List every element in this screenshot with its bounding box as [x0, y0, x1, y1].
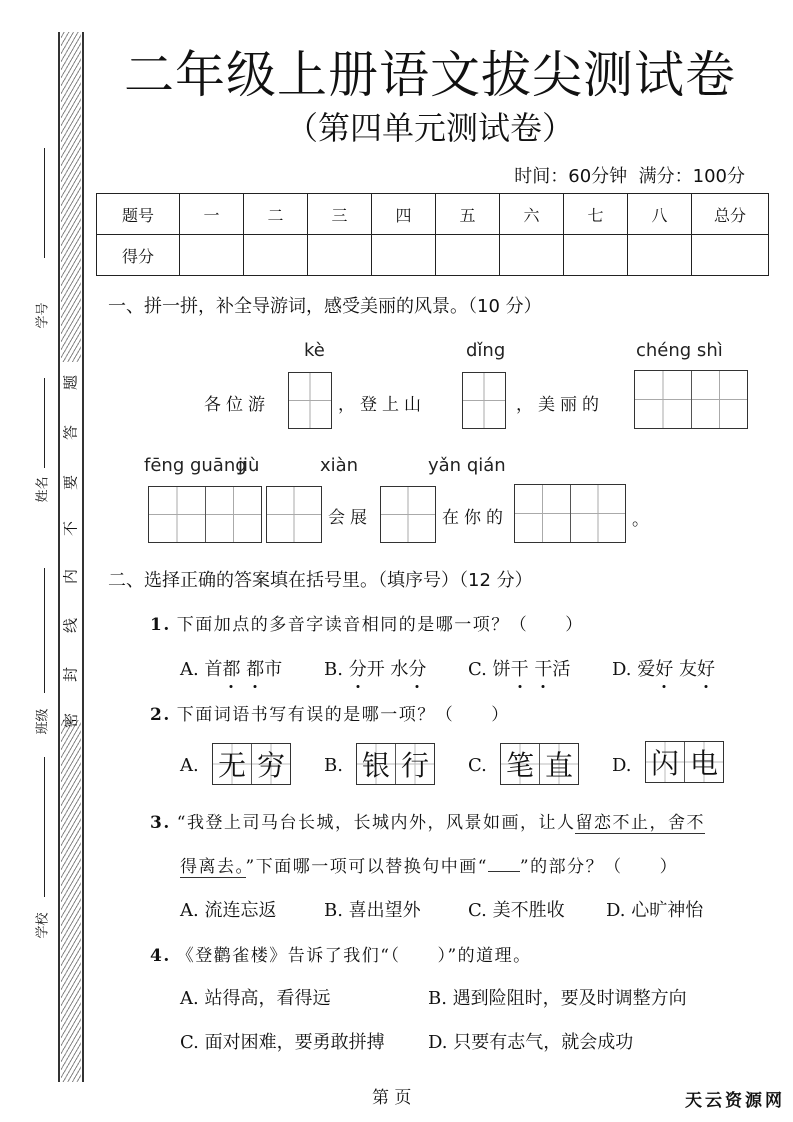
name-label: 姓名: [32, 476, 51, 502]
seal-char: 不: [60, 519, 81, 539]
score-header-cell: 总分: [692, 194, 769, 235]
score-cell[interactable]: [692, 235, 769, 276]
q3-option-b[interactable]: B. 喜出望外: [324, 896, 421, 922]
question-1: 1.下面加点的多音字读音相同的是哪一项？（ ）: [150, 610, 584, 635]
margin-line-left: [58, 32, 60, 1082]
line1-text3: ，美丽的: [516, 390, 604, 415]
seal-char: 答: [60, 423, 81, 443]
score-cell[interactable]: [500, 235, 564, 276]
score-cell[interactable]: [372, 235, 436, 276]
score-row-label: 得分: [97, 235, 180, 276]
score-header-cell: 六: [500, 194, 564, 235]
student-id-label: 学号: [32, 302, 51, 328]
line1-text1: 各位游: [204, 390, 270, 415]
score-table-score-row: 得分: [97, 235, 769, 276]
score-cell[interactable]: [308, 235, 372, 276]
q1-option-b[interactable]: B. 分开 水分: [324, 655, 426, 681]
score-cell[interactable]: [244, 235, 308, 276]
answer-box-ding[interactable]: [462, 372, 506, 429]
line2-text1: 会展: [328, 503, 372, 528]
answer-box-chengshi[interactable]: [634, 370, 748, 429]
q2-option-c-label[interactable]: C.: [468, 755, 487, 776]
page-title: 二年级上册语文拔尖测试卷: [0, 35, 793, 107]
answer-box-yanqian[interactable]: [514, 484, 626, 543]
seal-char: 题: [60, 373, 81, 393]
q3-option-a[interactable]: A. 流连忘返: [180, 896, 276, 922]
seal-char: 内: [60, 567, 81, 587]
q2-option-b-label[interactable]: B.: [324, 755, 343, 776]
score-table-header-row: 题号 一 二 三 四 五 六 七 八 总分: [97, 194, 769, 235]
q3-option-c[interactable]: C. 美不胜收: [468, 896, 565, 922]
question-3-line2: 得离去。”下面哪一项可以替换句中画“”的部分？（ ）: [180, 852, 678, 877]
score-header-cell: 八: [628, 194, 692, 235]
page-subtitle: （第四单元测试卷）: [0, 103, 793, 149]
question-2: 2.下面词语书写有误的是哪一项？（ ）: [150, 700, 510, 725]
score-header-cell: 四: [372, 194, 436, 235]
exam-meta: 时间：60分钟 满分：100分: [514, 162, 745, 188]
page-number: 第 页: [372, 1083, 411, 1108]
class-label: 班级: [32, 708, 51, 734]
question-number: 3.: [150, 813, 171, 833]
score-header-cell: 二: [244, 194, 308, 235]
question-3: 3.“我登上司马台长城，长城内外，风景如画，让人留恋不止，舍不: [150, 808, 705, 833]
q4-option-b[interactable]: B. 遇到险阻时，要及时调整方向: [428, 984, 687, 1010]
score-table: 题号 一 二 三 四 五 六 七 八 总分 得分: [96, 193, 769, 276]
school-label: 学校: [32, 912, 51, 938]
answer-box-ke[interactable]: [288, 372, 332, 429]
pinyin-jiu: jiù: [238, 455, 259, 476]
score-header-cell: 五: [436, 194, 500, 235]
score-header-cell: 一: [180, 194, 244, 235]
question-number: 2.: [150, 705, 171, 725]
line2-text2: 在你的: [442, 503, 508, 528]
score-cell[interactable]: [180, 235, 244, 276]
score-cell[interactable]: [564, 235, 628, 276]
answer-box-jiu[interactable]: [266, 486, 322, 543]
q2-option-c-word[interactable]: 笔直: [500, 743, 579, 785]
underline-sample: [488, 871, 520, 872]
q3-option-d[interactable]: D. 心旷神怡: [606, 896, 703, 922]
question-4: 4.《登鹳雀楼》告诉了我们“（ ）”的道理。: [150, 941, 532, 966]
seal-char: 线: [60, 616, 81, 636]
section2-heading: 二、选择正确的答案填在括号里。（填序号）（12 分）: [108, 566, 533, 592]
student-id-line[interactable]: [44, 148, 45, 258]
question-text: 下面词语书写有误的是哪一项？（ ）: [177, 705, 510, 725]
score-header-cell: 三: [308, 194, 372, 235]
q2-option-d-label[interactable]: D.: [612, 755, 632, 776]
q1-option-a[interactable]: A. 首都 都市: [180, 655, 282, 681]
q1-option-c[interactable]: C. 饼干 干活: [468, 655, 570, 681]
question-text: 下面加点的多音字读音相同的是哪一项？（ ）: [177, 615, 584, 635]
margin-line-right: [82, 32, 84, 1082]
q2-option-a-label[interactable]: A.: [180, 755, 199, 776]
seal-char: 封: [60, 665, 81, 685]
line1-text2: ，登上山: [338, 390, 426, 415]
q2-option-a-word[interactable]: 无穷: [212, 743, 291, 785]
full-score-label: 满分：100分: [639, 166, 745, 187]
question-number: 1.: [150, 615, 171, 635]
time-label: 时间：60分钟: [514, 166, 627, 187]
hatch-bottom: [61, 720, 81, 1082]
q4-option-c[interactable]: C. 面对困难，要勇敢拼搏: [180, 1028, 385, 1054]
seal-char: 密: [60, 711, 81, 731]
q4-option-d[interactable]: D. 只要有志气，就会成功: [428, 1028, 633, 1054]
q4-option-a[interactable]: A. 站得高，看得远: [180, 984, 330, 1010]
pinyin-ding: dǐng: [466, 340, 505, 361]
score-header-cell: 题号: [97, 194, 180, 235]
class-line[interactable]: [44, 568, 45, 693]
brand-watermark: 天云资源网: [685, 1086, 785, 1111]
school-line[interactable]: [44, 757, 45, 897]
seal-char: 要: [60, 473, 81, 493]
score-header-cell: 七: [564, 194, 628, 235]
question-number: 4.: [150, 946, 171, 966]
pinyin-yanqian: yǎn qián: [428, 455, 506, 476]
q2-option-d-word[interactable]: 闪电: [645, 741, 724, 783]
score-cell[interactable]: [436, 235, 500, 276]
pinyin-xian: xiàn: [320, 455, 358, 476]
pinyin-chengshi: chéng shì: [636, 340, 723, 361]
pinyin-fengguang: fēng guāng: [144, 455, 247, 476]
name-line[interactable]: [44, 378, 45, 468]
q1-option-d[interactable]: D. 爱好 友好: [612, 655, 715, 681]
question-text: 《登鹳雀楼》告诉了我们“（ ）”的道理。: [177, 946, 532, 966]
answer-box-fengguang[interactable]: [148, 486, 262, 543]
section1-heading: 一、拼一拼，补全导游词，感受美丽的风景。（10 分）: [108, 292, 542, 318]
line2-end: 。: [632, 505, 654, 530]
underlined-phrase: 留恋不止，舍不: [575, 813, 705, 834]
q2-option-b-word[interactable]: 银行: [356, 743, 435, 785]
underlined-phrase: 得离去。: [180, 857, 246, 878]
score-cell[interactable]: [628, 235, 692, 276]
pinyin-ke: kè: [304, 340, 325, 361]
answer-box-xian[interactable]: [380, 486, 436, 543]
